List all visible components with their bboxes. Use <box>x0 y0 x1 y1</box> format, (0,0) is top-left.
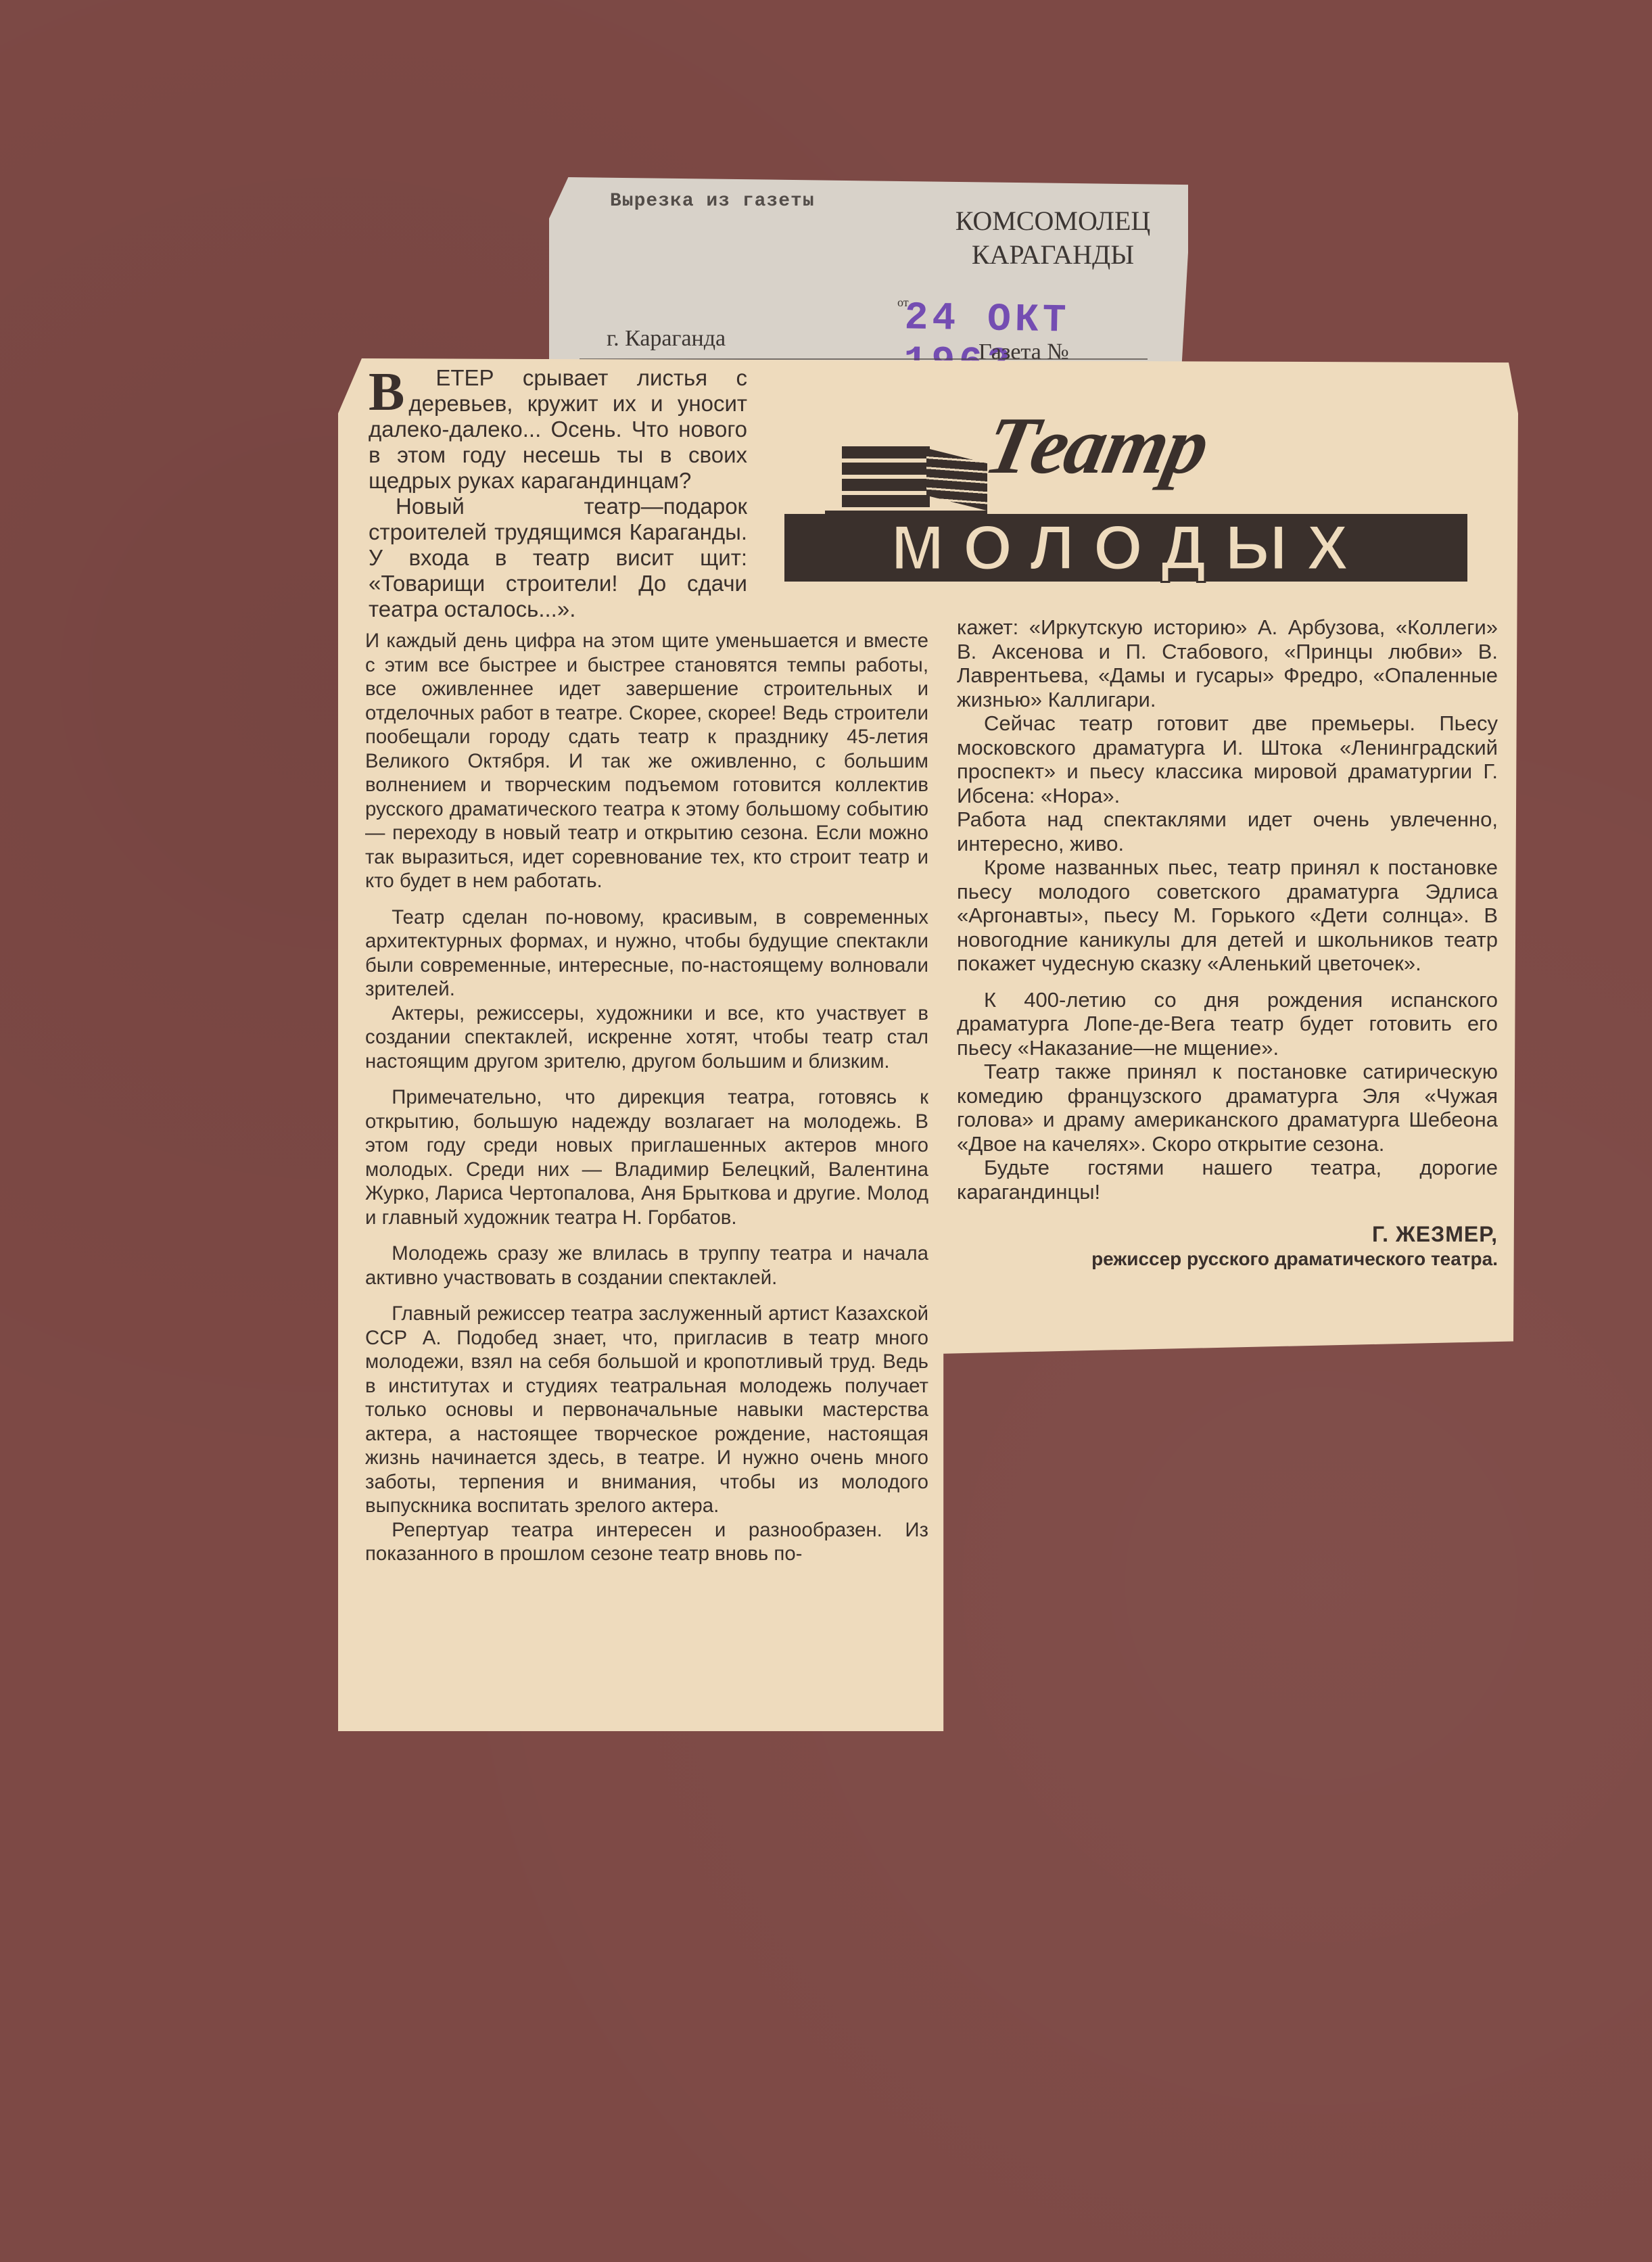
title-block-letters: МОЛОДЫХ <box>798 514 1461 582</box>
paragraph: Примечательно, что дирекция театра, гото… <box>365 1085 928 1229</box>
paragraph: ЕТЕР срывает листья с деревьев, кружит и… <box>369 365 747 494</box>
paragraph: Сейчас театр готовит две премьеры. Пьесу… <box>957 711 1498 807</box>
author-role: режиссер русского драматического театра. <box>957 1247 1498 1271</box>
paragraph: Главный режиссер театра заслуженный арти… <box>365 1302 928 1518</box>
paragraph: Молодежь сразу же влилась в труппу театр… <box>365 1242 928 1290</box>
city-label: г. Караганда <box>607 326 726 352</box>
column-left: И каждый день цифра на этом щите уменьша… <box>365 629 928 1566</box>
paragraph: Театр сделан по-новому, красивым, в совр… <box>365 905 928 1002</box>
paragraph: И каждый день цифра на этом щите уменьша… <box>365 629 928 893</box>
newspaper-clipping: Театр МОЛОДЫХ В ЕТЕР срывает листья с де… <box>338 358 1518 1731</box>
column-right: кажет: «Иркутскую историю» А. Арбузова, … <box>957 615 1498 1271</box>
paragraph: Работа над спектаклями идет очень увлече… <box>957 807 1498 855</box>
article-title: Театр МОЛОДЫХ <box>784 392 1467 575</box>
paragraph: Будьте гостями нашего театра, дорогие ка… <box>957 1156 1498 1204</box>
column-intro: В ЕТЕР срывает листья с деревьев, кружит… <box>369 365 747 622</box>
paragraph: К 400-летию со дня рождения испанского д… <box>957 988 1498 1060</box>
clipping-header-slip: Вырезка из газеты КОМСОМОЛЕЦ КАРАГАНДЫ о… <box>549 177 1188 365</box>
newspaper-name: КОМСОМОЛЕЦ КАРАГАНДЫ <box>941 204 1164 272</box>
author-signature: Г. ЖЕЗМЕР, <box>957 1223 1498 1247</box>
paragraph: Театр также принял к постановке сатириче… <box>957 1060 1498 1156</box>
paragraph: Новый театр—подарок строителей трудящимс… <box>369 494 747 622</box>
paragraph: Кроме названных пьес, театр принял к пос… <box>957 855 1498 976</box>
title-script: Театр <box>977 399 1216 492</box>
newspaper-name-line1: КОМСОМОЛЕЦ <box>941 204 1164 238</box>
theater-building-icon <box>825 446 987 521</box>
paragraph: Репертуар театра интересен и разнообразе… <box>365 1518 928 1566</box>
cut-label: Вырезка из газеты <box>610 191 815 212</box>
dropcap: В <box>369 369 404 415</box>
paragraph: кажет: «Иркутскую историю» А. Арбузова, … <box>957 615 1498 711</box>
paragraph: Актеры, режиссеры, художники и все, кто … <box>365 1002 928 1074</box>
newspaper-name-line2: КАРАГАНДЫ <box>941 238 1164 272</box>
